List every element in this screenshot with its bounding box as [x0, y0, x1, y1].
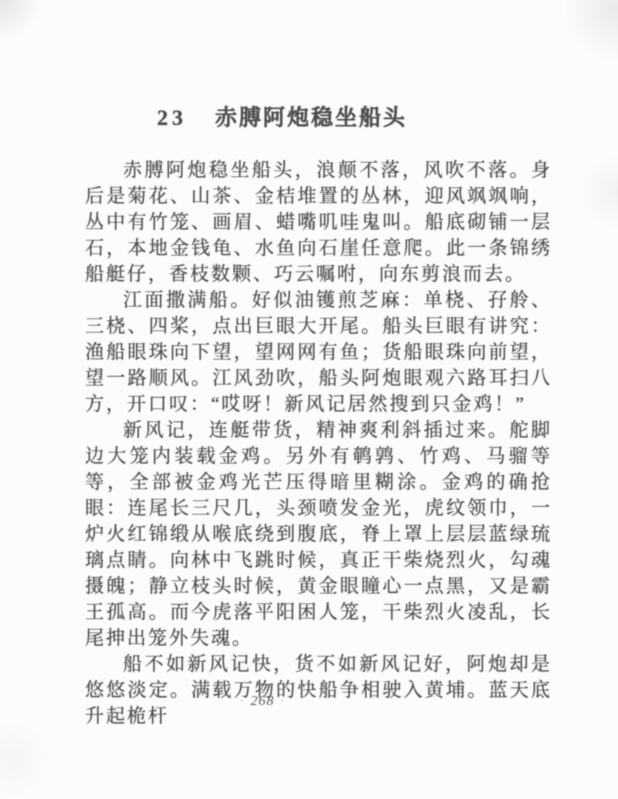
footer-right-dot: ·: [281, 695, 286, 707]
chapter-title: 23赤膊阿炮稳坐船头: [157, 101, 407, 132]
paragraph: 江面撒满船。好似油镬煎芝麻：单桡、孖舲、三桡、四桨，点出巨眼大开尾。船头巨眼有讲…: [85, 288, 552, 418]
paragraph: 赤膊阿炮稳坐船头，浪颠不落，风吹不落。身后是菊花、山茶、金桔堆置的丛林，迎风飒飒…: [85, 158, 552, 288]
book-page: 23赤膊阿炮稳坐船头 赤膊阿炮稳坐船头，浪颠不落，风吹不落。身后是菊花、山茶、金…: [0, 0, 618, 799]
body-text: 赤膊阿炮稳坐船头，浪颠不落，风吹不落。身后是菊花、山茶、金桔堆置的丛林，迎风飒飒…: [85, 158, 552, 730]
page-number-value: 268: [251, 694, 275, 709]
chapter-title-text: 赤膊阿炮稳坐船头: [215, 105, 407, 130]
chapter-number: 23: [157, 105, 187, 130]
paragraph: 新风记，连艇带货，精神爽利斜插过来。舵脚边大笼内装载金鸡。另外有鹌鹑、竹鸡、马骝…: [85, 418, 552, 652]
page-number: ·268·: [29, 694, 496, 710]
paragraph: 船不如新风记快，货不如新风记好，阿炮却是悠悠淡定。满载万物的快船争相驶入黄埔。蓝…: [85, 652, 552, 730]
footer-left-dot: ·: [240, 695, 245, 707]
